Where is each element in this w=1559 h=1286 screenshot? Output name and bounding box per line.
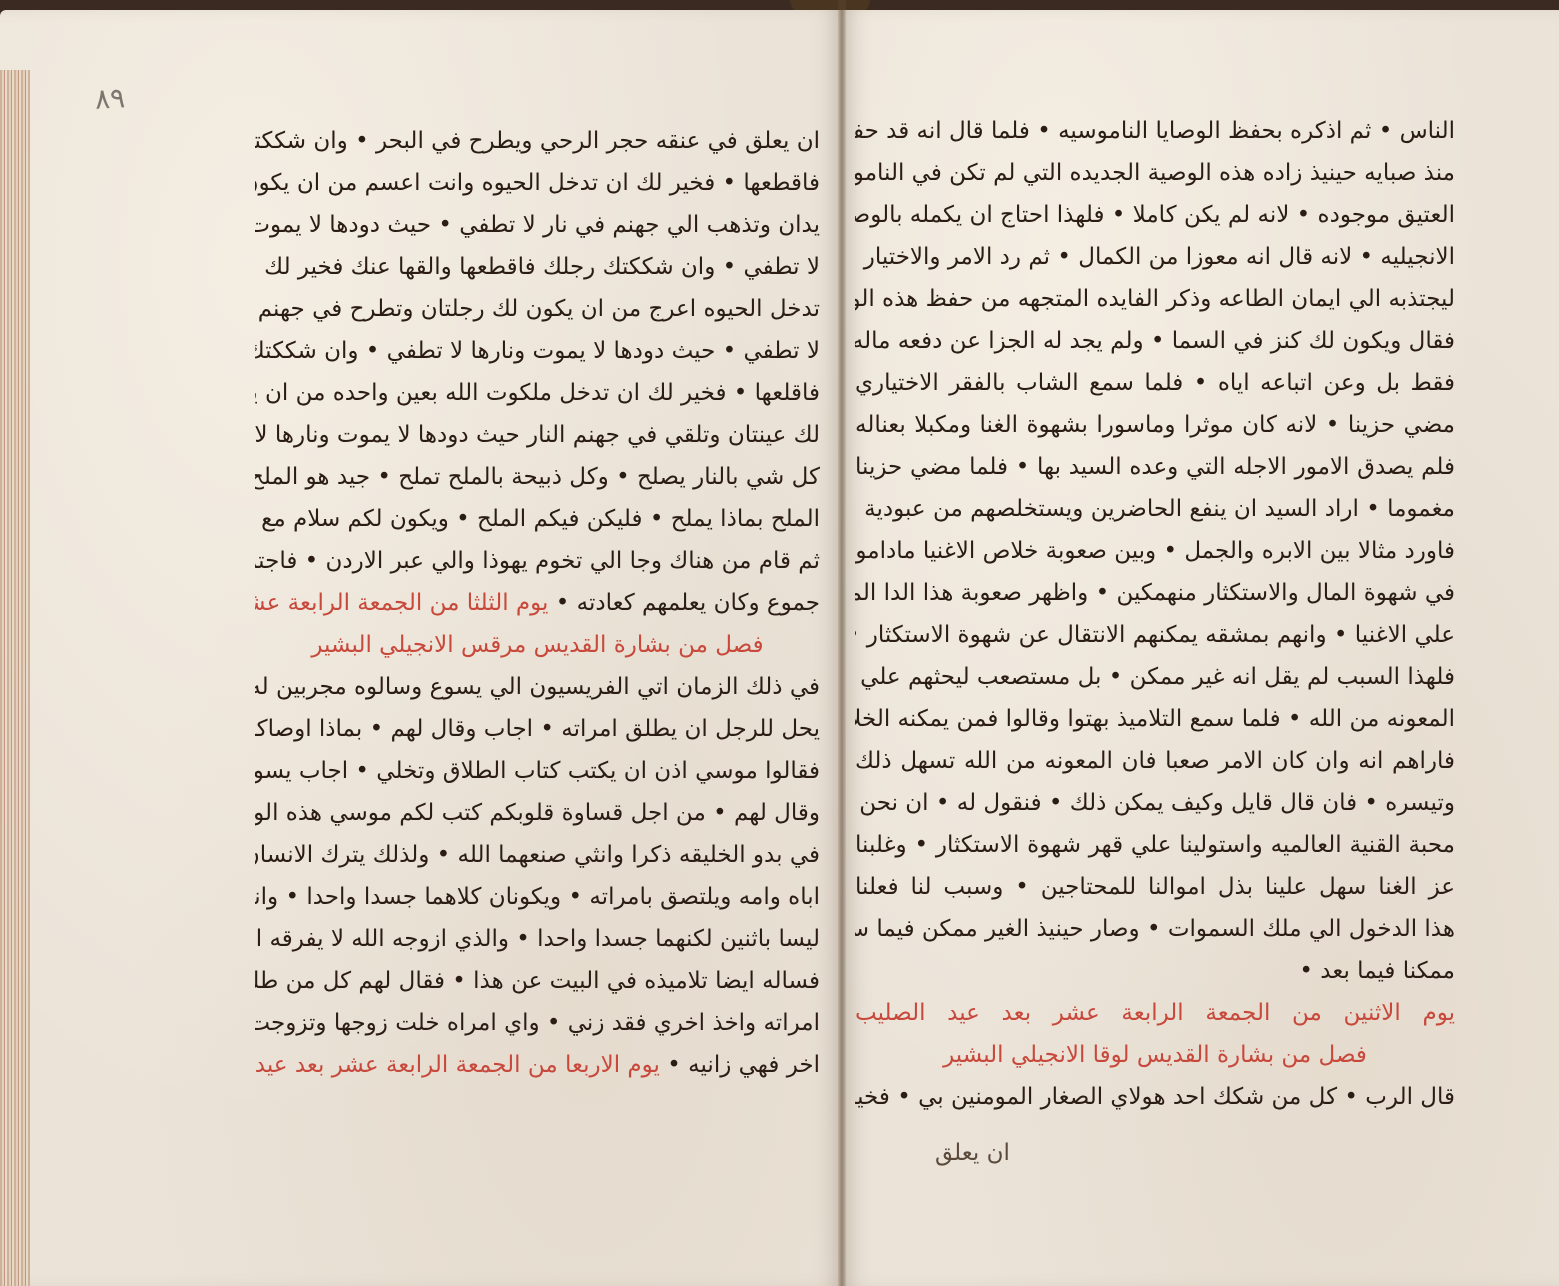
- text-line: عز الغنا سهل علينا بذل اموالنا للمحتاجين…: [855, 866, 1455, 908]
- text-line: لك عينتان وتلقي في جهنم النار حيث دودها …: [255, 414, 820, 456]
- text-line: الناس • ثم اذكره بحفظ الوصايا الناموسيه …: [855, 110, 1455, 152]
- text-line: لا تطفي • وان شككتك رجلك فاقطعها والقها …: [255, 246, 820, 288]
- text-line: فاقلعها • فخير لك ان تدخل ملكوت الله بعي…: [255, 372, 820, 414]
- text-line: المعونه من الله • فلما سمع التلاميذ بهتو…: [855, 698, 1455, 740]
- text-line: ممكنا فيما بعد •: [855, 950, 1455, 992]
- text-line: ان يعلق في عنقه حجر الرحي ويطرح في البحر…: [255, 120, 820, 162]
- text-line: اباه وامه ويلتصق بامراته • ويكونان كلاهم…: [255, 876, 820, 918]
- rubric-gospel-heading: فصل من بشارة القديس مرقس الانجيلي البشير: [255, 624, 820, 666]
- text-line: منذ صبايه حينيذ زاده هذه الوصية الجديده …: [855, 152, 1455, 194]
- text-line-with-rubric: اخر فهي زانيه • يوم الاربعا من الجمعة ال…: [255, 1044, 820, 1086]
- text-line: هذا الدخول الي ملك السموات • وصار حينيذ …: [855, 908, 1455, 950]
- text-line: وقال لهم • من اجل قساوة قلوبكم كتب لكم م…: [255, 792, 820, 834]
- text-line: فاورد مثالا بين الابره والجمل • وبين صعو…: [855, 530, 1455, 572]
- text-line: لا تطفي • حيث دودها لا يموت ونارها لا تط…: [255, 330, 820, 372]
- text-line-with-rubric: جموع وكان يعلمهم كعادته • يوم الثلثا من …: [255, 582, 820, 624]
- text-line: محبة القنية العالميه واستولينا علي قهر ش…: [855, 824, 1455, 866]
- left-text-block: ان يعلق في عنقه حجر الرحي ويطرح في البحر…: [255, 120, 820, 1086]
- text-fragment: جموع وكان يعلمهم كعادته •: [556, 590, 820, 616]
- text-line: في شهوة المال والاستكثار منهمكين • واظهر…: [855, 572, 1455, 614]
- text-line: يحل للرجل ان يطلق امراته • اجاب وقال لهم…: [255, 708, 820, 750]
- text-line: فقال ويكون لك كنز في السما • ولم يجد له …: [855, 320, 1455, 362]
- text-line: فاراهم انه وان كان الامر صعبا فان المعون…: [855, 740, 1455, 782]
- text-line: الانجيليه • لانه قال انه معوزا من الكمال…: [855, 236, 1455, 278]
- text-line: كل شي بالنار يصلح • وكل ذبيحة بالملح تمل…: [255, 456, 820, 498]
- text-line: فساله ايضا تلاميذه في البيت عن هذا • فقا…: [255, 960, 820, 1002]
- rubric-day-heading: يوم الثلثا من الجمعة الرابعة عشر بعد عيد…: [255, 590, 548, 616]
- text-line: الملح بماذا يملح • فليكن فيكم الملح • وي…: [255, 498, 820, 540]
- rubric-day-heading: يوم الاربعا من الجمعة الرابعة عشر بعد عي…: [255, 1052, 660, 1078]
- catchword: ان يعلق: [935, 1140, 1010, 1166]
- text-line: فلم يصدق الامور الاجله التي وعده السيد ب…: [855, 446, 1455, 488]
- text-line: قال الرب • كل من شكك احد هولاي الصغار ال…: [855, 1076, 1455, 1118]
- text-line: فقالوا موسي اذن ان يكتب كتاب الطلاق وتخل…: [255, 750, 820, 792]
- text-line: العتيق موجوده • لانه لم يكن كاملا • فلهذ…: [855, 194, 1455, 236]
- text-line: فاقطعها • فخير لك ان تدخل الحيوه وانت اع…: [255, 162, 820, 204]
- rubric-gospel-heading: فصل من بشارة القديس لوقا الانجيلي البشير: [855, 1034, 1455, 1076]
- text-line: فلهذا السبب لم يقل انه غير ممكن • بل مست…: [855, 656, 1455, 698]
- text-line: ثم قام من هناك وجا الي تخوم يهوذا والي ع…: [255, 540, 820, 582]
- page-edges: [0, 70, 30, 1286]
- rubric-day-heading: يوم الاثنين من الجمعة الرابعة عشر بعد عي…: [855, 992, 1455, 1034]
- text-line: يدان وتذهب الي جهنم في نار لا تطفي • حيث…: [255, 204, 820, 246]
- text-line: مغموما • اراد السيد ان ينفع الحاضرين ويس…: [855, 488, 1455, 530]
- text-line: ليسا باثنين لكنهما جسدا واحدا • والذي از…: [255, 918, 820, 960]
- gutter: [838, 0, 846, 1286]
- text-line: في ذلك الزمان اتي الفريسيون الي يسوع وسا…: [255, 666, 820, 708]
- text-fragment: اخر فهي زانيه •: [667, 1052, 820, 1078]
- manuscript-spread: ٨٩ ان يعلق في عنقه حجر الرحي ويطرح في ال…: [0, 0, 1559, 1286]
- text-line: امراته واخذ اخري فقد زني • واي امراه خلت…: [255, 1002, 820, 1044]
- text-line: تدخل الحيوه اعرج من ان يكون لك رجلتان وت…: [255, 288, 820, 330]
- text-line: مضي حزينا • لانه كان موثرا وماسورا بشهوة…: [855, 404, 1455, 446]
- text-line: علي الاغنيا • وانهم بمشقه يمكنهم الانتقا…: [855, 614, 1455, 656]
- text-line: ليجتذبه الي ايمان الطاعه وذكر الفايده ال…: [855, 278, 1455, 320]
- folio-number: ٨٩: [94, 81, 126, 116]
- right-text-block: الناس • ثم اذكره بحفظ الوصايا الناموسيه …: [855, 110, 1455, 1118]
- text-line: فقط بل وعن اتباعه اياه • فلما سمع الشاب …: [855, 362, 1455, 404]
- text-line: في بدو الخليقه ذكرا وانثي صنعهما الله • …: [255, 834, 820, 876]
- text-line: وتيسره • فان قال قايل وكيف يمكن ذلك • فن…: [855, 782, 1455, 824]
